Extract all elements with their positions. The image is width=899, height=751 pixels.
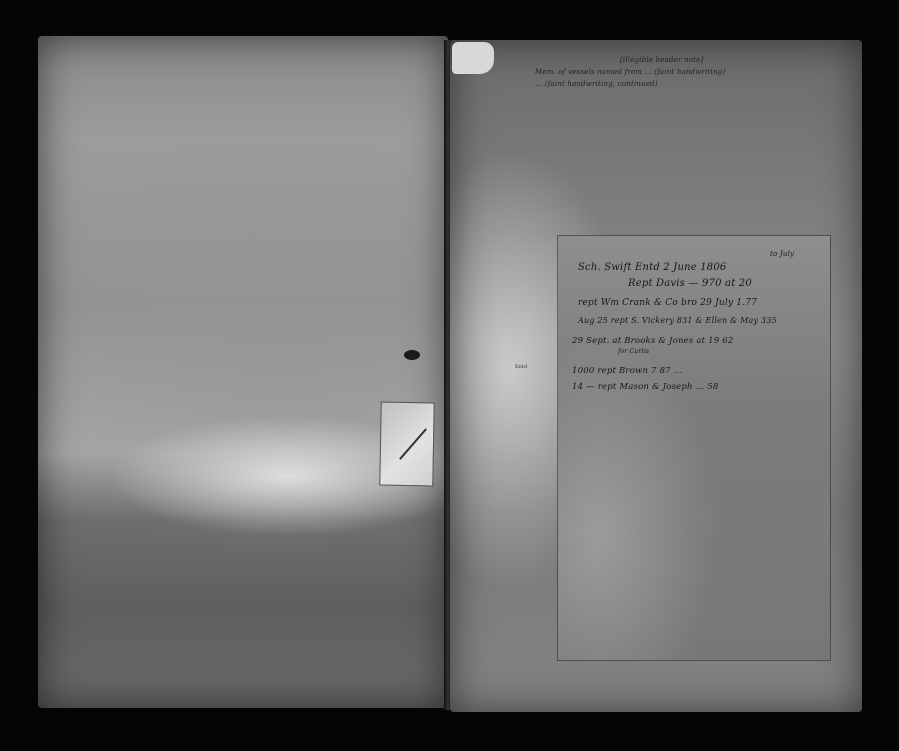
slip-line: 29 Sept. at Brooks & Jones at 19 62 <box>572 336 733 346</box>
slip-line: 1000 rept Brown 7 87 ... <box>572 366 682 376</box>
slip-corner-note: to July <box>770 250 794 258</box>
slip-line: for Curtis <box>618 348 649 355</box>
folded-paper-slip <box>379 402 434 487</box>
slip-line: 14 — rept Mason & Joseph ... 58 <box>572 382 718 392</box>
torn-corner <box>452 42 494 74</box>
pasted-slip: to July Sch. Swift Entd 2 June 1806 Rept… <box>558 236 830 660</box>
header-note-line-3: ... (faint handwriting, continued) <box>535 80 658 88</box>
slip-line: Sch. Swift Entd 2 June 1806 <box>578 262 726 273</box>
slip-line: Rept Davis — 970 at 20 <box>628 278 752 289</box>
header-note-line-1: [illegible header note] <box>620 56 703 64</box>
ink-blot <box>404 350 420 360</box>
header-note-line-2: Mem. of vessels named from ... (faint ha… <box>535 68 725 76</box>
slip-line: rept Wm Crank & Co bro 29 July 1.77 <box>578 298 757 308</box>
left-page <box>38 36 448 708</box>
slip-line: Aug 25 rept S. Vickery 831 & Ellen & May… <box>578 316 777 325</box>
margin-mark: Entd <box>515 364 527 370</box>
